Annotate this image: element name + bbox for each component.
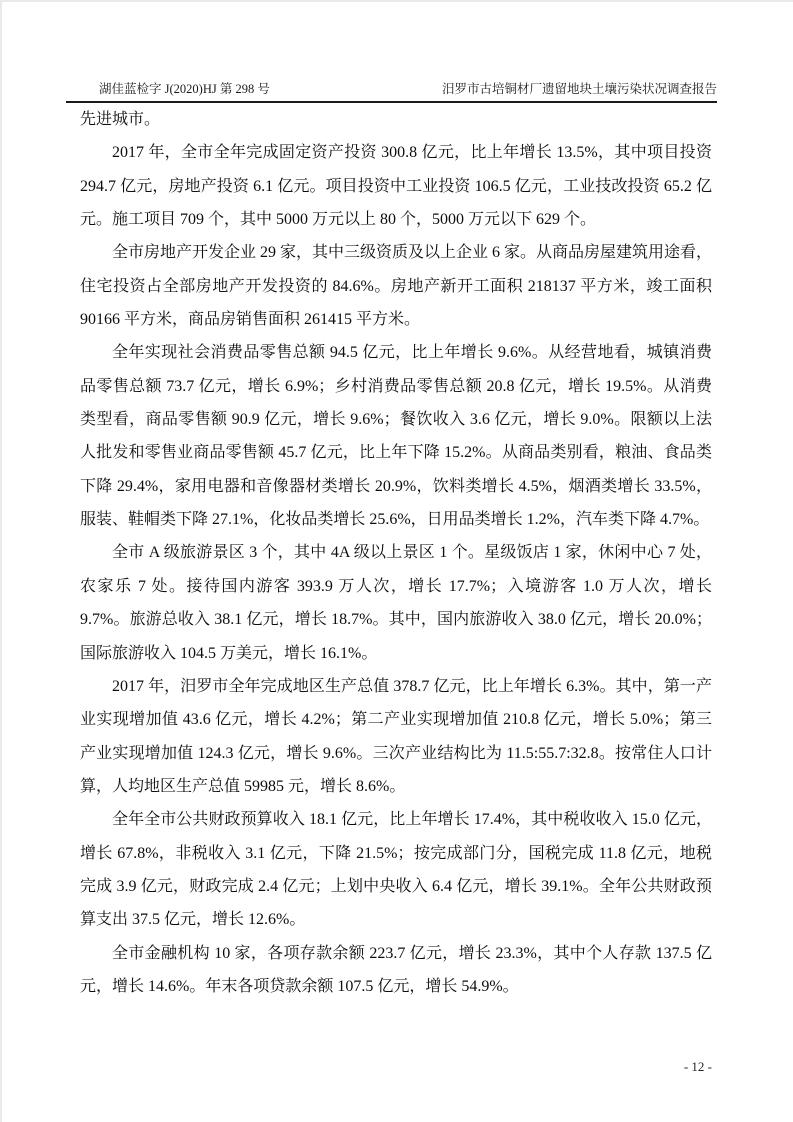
paragraph-finance-institutions: 全市金融机构 10 家，各项存款余额 223.7 亿元，增长 23.3%，其中个… bbox=[80, 937, 712, 1004]
paragraph-gdp: 2017 年，汨罗市全年完成地区生产总值 378.7 亿元，比上年增长 6.3%… bbox=[80, 670, 712, 803]
page-header: 湖佳蓝检字 J(2020)HJ 第 298 号 汨罗市古培铜材厂遗留地块土壤污染… bbox=[66, 81, 717, 103]
header-report-title: 汨罗市古培铜材厂遗留地块土壤污染状况调查报告 bbox=[442, 81, 717, 97]
page-number: - 12 - bbox=[684, 1058, 712, 1076]
paragraph-continuation: 先进城市。 bbox=[80, 103, 712, 136]
header-document-number: 湖佳蓝检字 J(2020)HJ 第 298 号 bbox=[66, 81, 270, 97]
paragraph-tourism: 全市 A 级旅游景区 3 个，其中 4A 级以上景区 1 个。星级饭店 1 家，… bbox=[80, 536, 712, 669]
document-body: 先进城市。 2017 年，全市全年完成固定资产投资 300.8 亿元，比上年增长… bbox=[80, 103, 712, 1003]
paragraph-real-estate: 全市房地产开发企业 29 家，其中三级资质及以上企业 6 家。从商品房屋建筑用途… bbox=[80, 236, 712, 336]
paragraph-fixed-asset-investment: 2017 年，全市全年完成固定资产投资 300.8 亿元，比上年增长 13.5%… bbox=[80, 136, 712, 236]
paragraph-retail-sales: 全年实现社会消费品零售总额 94.5 亿元，比上年增长 9.6%。从经营地看，城… bbox=[80, 336, 712, 536]
paragraph-public-finance: 全年全市公共财政预算收入 18.1 亿元，比上年增长 17.4%，其中税收收入 … bbox=[80, 803, 712, 936]
document-page: 湖佳蓝检字 J(2020)HJ 第 298 号 汨罗市古培铜材厂遗留地块土壤污染… bbox=[0, 0, 793, 1122]
